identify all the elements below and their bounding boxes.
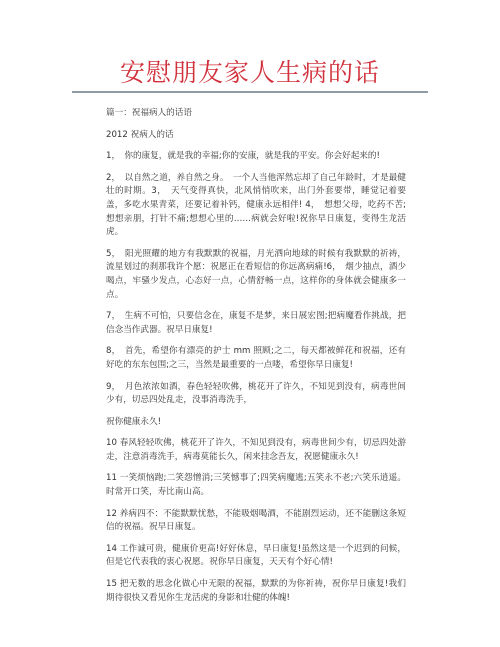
title-divider [72,91,428,93]
paragraph: 14 工作诚可贵，健康价更高!好好休息，早日康复!虽然这是一个迟到的问候，但是它… [106,543,406,570]
section-heading: 篇一：祝福病人的话语 [106,107,406,121]
paragraph: 8， 首先，希望你有漂亮的护士 mm 照顾;之二，每天都被鲜花和祝福，还有好吃的… [106,345,406,372]
paragraph: 1， 你的康复，就是我的幸福;你的安康，就是我的平安。你会好起来的! [106,150,406,164]
document-body: 篇一：祝福病人的话语 2012 祝病人的话 1， 你的康复，就是我的幸福;你的安… [106,107,406,613]
paragraph: 12 养病四不：不能默默忧愁，不能吸烟喝酒，不能剧烈运动，还不能删这条短信的祝福… [106,508,406,535]
paragraph: 5， 阳光照耀的地方有我默默的祝福，月光洒向地球的时候有我默默的祈祷，流星划过的… [106,248,406,302]
paragraph: 15 把无数的思念化做心中无限的祝福，默默的为你祈祷，祝你早日康复!我们期待很快… [106,578,406,605]
subheading: 2012 祝病人的话 [106,129,406,143]
paragraph: 祝你健康永久! [106,416,406,430]
paragraph: 10 春风轻轻吹佛，桃花开了许久，不知见到没有，病毒世间少有，切忌四处游走，注意… [106,437,406,464]
document-title: 安慰朋友家人生病的话 [72,58,428,88]
paragraph: 11 一笑烦恼跑;二笑怨憎消;三笑憾事了;四笑病魔逃;五笑永不老;六笑乐逍遥。时… [106,472,406,499]
paragraph: 2， 以自然之道，养自然之身。 一个人当他浑然忘却了自己年龄时，才是最健壮的时期… [106,172,406,240]
paragraph: 9， 月色浓浓如酒，春色轻轻吹佛，桃花开了许久，不知见到没有，病毒世间少有，切忌… [106,381,406,408]
paragraph: 7， 生病不可怕，只要信念在，康复不是梦，来日展宏图;把病魔看作挑战，把信念当作… [106,310,406,337]
document-page: 安慰朋友家人生病的话 篇一：祝福病人的话语 2012 祝病人的话 1， 你的康复… [0,0,500,647]
